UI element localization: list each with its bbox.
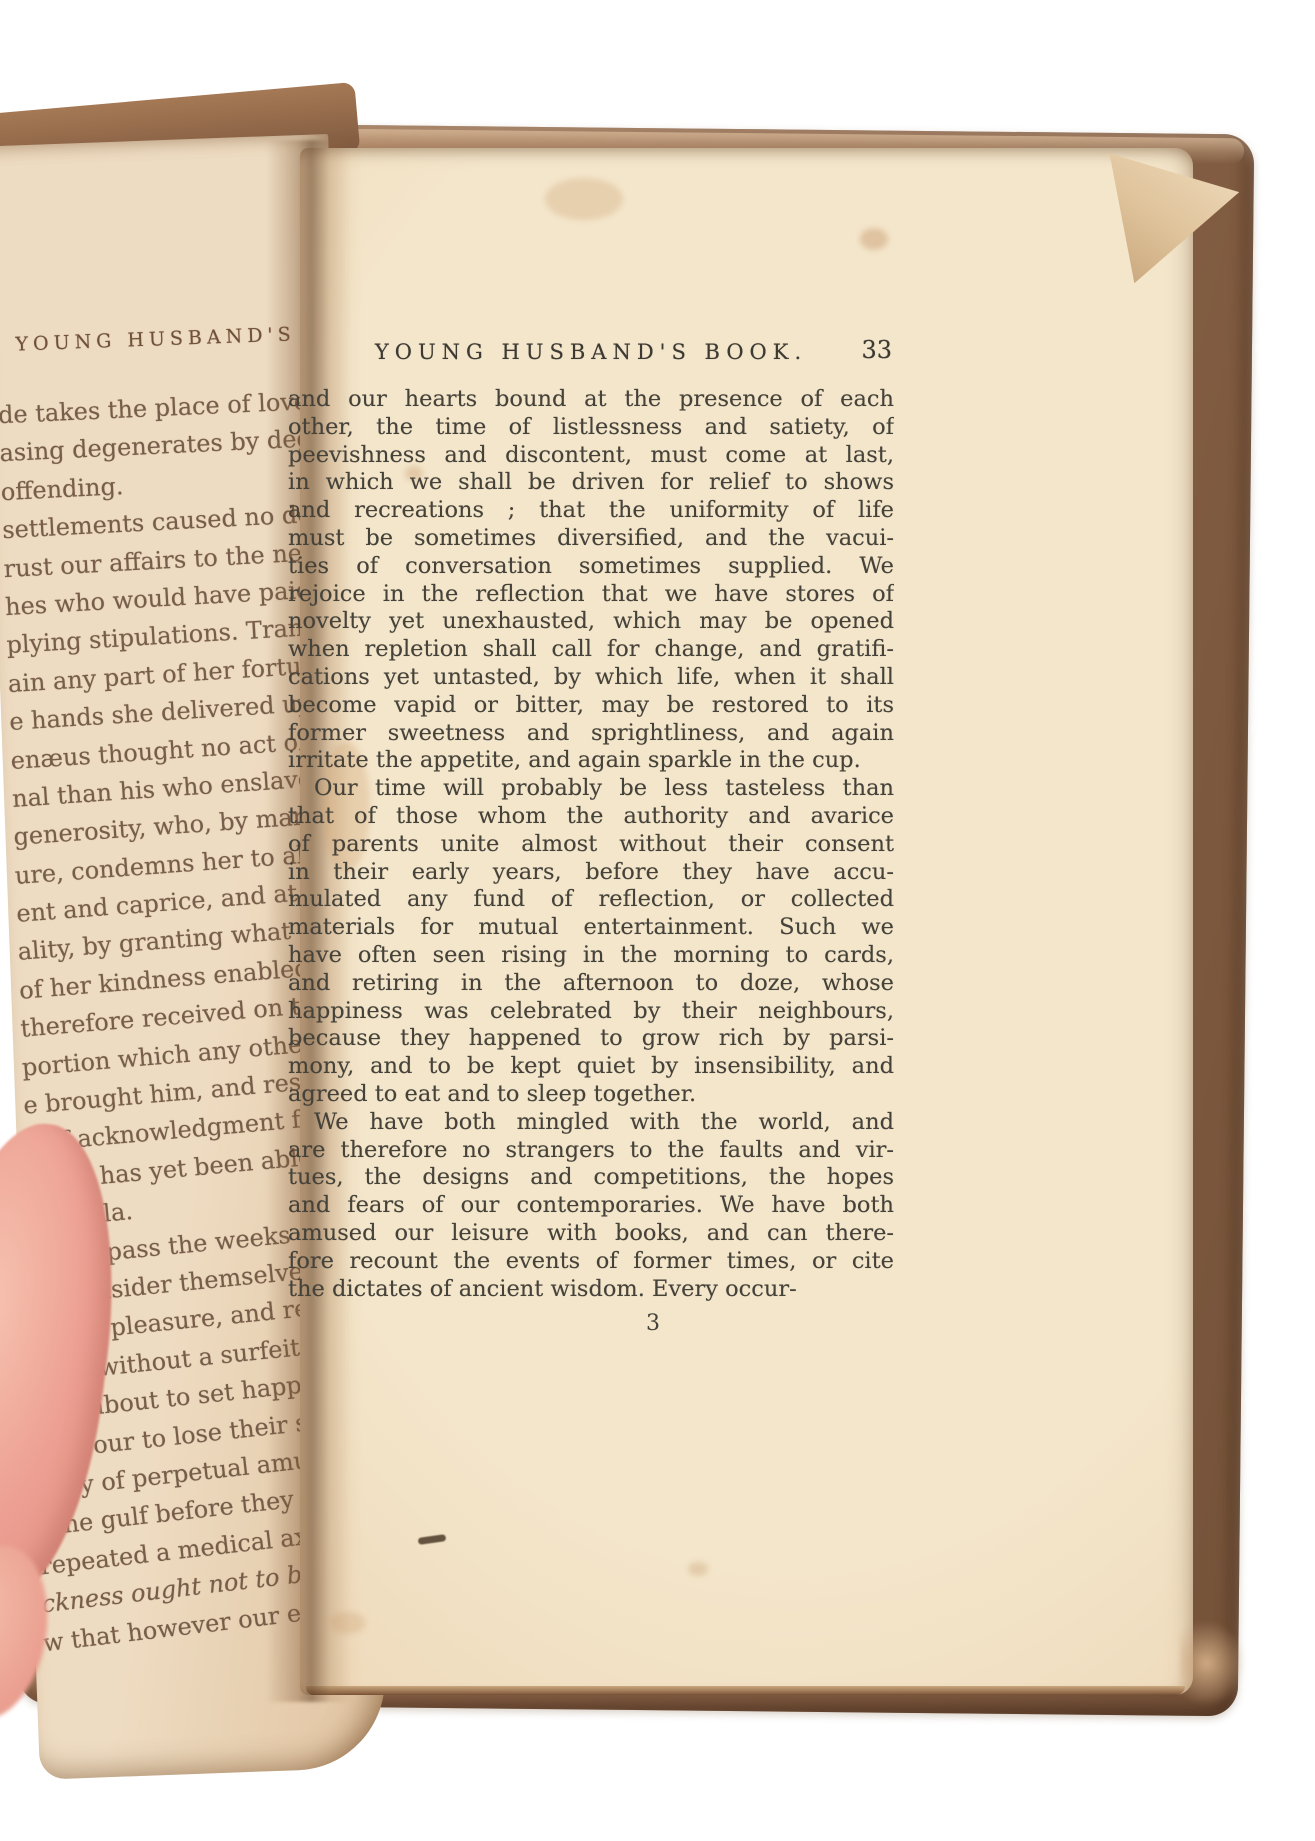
text-line: former sweetness and sprightliness, and … — [288, 720, 894, 748]
text-line: cations yet untasted, by which life, whe… — [288, 664, 894, 692]
text-line: must be sometimes diversified, and the v… — [288, 525, 894, 553]
text-line: the dictates of ancient wisdom. Every oc… — [288, 1276, 894, 1304]
text-line: when repletion shall call for change, an… — [288, 636, 894, 664]
text-line: tues, the designs and competitions, the … — [288, 1164, 894, 1192]
running-header-right: YOUNG HUSBAND'S BOOK. 33 — [288, 340, 894, 364]
text-line: in their early years, before they have a… — [288, 859, 894, 887]
text-line: have often seen rising in the morning to… — [288, 942, 894, 970]
frayed-cover-corner — [1180, 1620, 1246, 1706]
page-number: 33 — [861, 338, 892, 362]
paper-stain — [688, 1562, 708, 1576]
text-line: irritate the appetite, and again sparkle… — [288, 747, 894, 775]
text-line: amused our leisure with books, and can t… — [288, 1220, 894, 1248]
text-line: We have both mingled with the world, and — [288, 1109, 894, 1137]
text-line: mulated any fund of reflection, or colle… — [288, 886, 894, 914]
text-line: peevishness and discontent, must come at… — [288, 442, 894, 470]
text-line: that of those whom the authority and ava… — [288, 803, 894, 831]
text-line: other, the time of listlessness and sati… — [288, 414, 894, 442]
text-line: and recreations ; that the uniformity of… — [288, 497, 894, 525]
text-line: are therefore no strangers to the faults… — [288, 1137, 894, 1165]
text-line: novelty yet unexhausted, which may be op… — [288, 608, 894, 636]
text-line: agreed to eat and to sleep together. — [288, 1081, 894, 1109]
text-line: and retiring in the afternoon to doze, w… — [288, 970, 894, 998]
signature-mark: 3 — [350, 1311, 956, 1336]
text-line: because they happened to grow rich by pa… — [288, 1025, 894, 1053]
right-page-text: YOUNG HUSBAND'S BOOK. 33 and our hearts … — [288, 340, 894, 1336]
text-line: rejoice in the reflection that we have s… — [288, 581, 894, 609]
text-line: become vapid or bitter, may be restored … — [288, 692, 894, 720]
text-line: happiness was celebrated by their neighb… — [288, 998, 894, 1026]
text-line: materials for mutual entertainment. Such… — [288, 914, 894, 942]
text-line: fore recount the events of former times,… — [288, 1248, 894, 1276]
running-header-title: YOUNG HUSBAND'S BOOK. — [375, 340, 807, 364]
text-line: and our hearts bound at the presence of … — [288, 386, 894, 414]
paper-stain — [330, 1612, 366, 1634]
text-line: Our time will probably be less tasteless… — [288, 775, 894, 803]
paper-stain — [545, 178, 623, 220]
book-photo: YOUNG HUSBAND'S BOOK. de takes the place… — [0, 0, 1315, 1841]
paper-stain — [860, 228, 888, 250]
text-line: of parents unite almost without their co… — [288, 831, 894, 859]
text-line: in which we shall be driven for relief t… — [288, 469, 894, 497]
text-line: mony, and to be kept quiet by insensibil… — [288, 1053, 894, 1081]
right-page-body: and our hearts bound at the presence of … — [288, 386, 894, 1303]
text-line: and fears of our contemporaries. We have… — [288, 1192, 894, 1220]
text-line: ties of conversation sometimes supplied.… — [288, 553, 894, 581]
